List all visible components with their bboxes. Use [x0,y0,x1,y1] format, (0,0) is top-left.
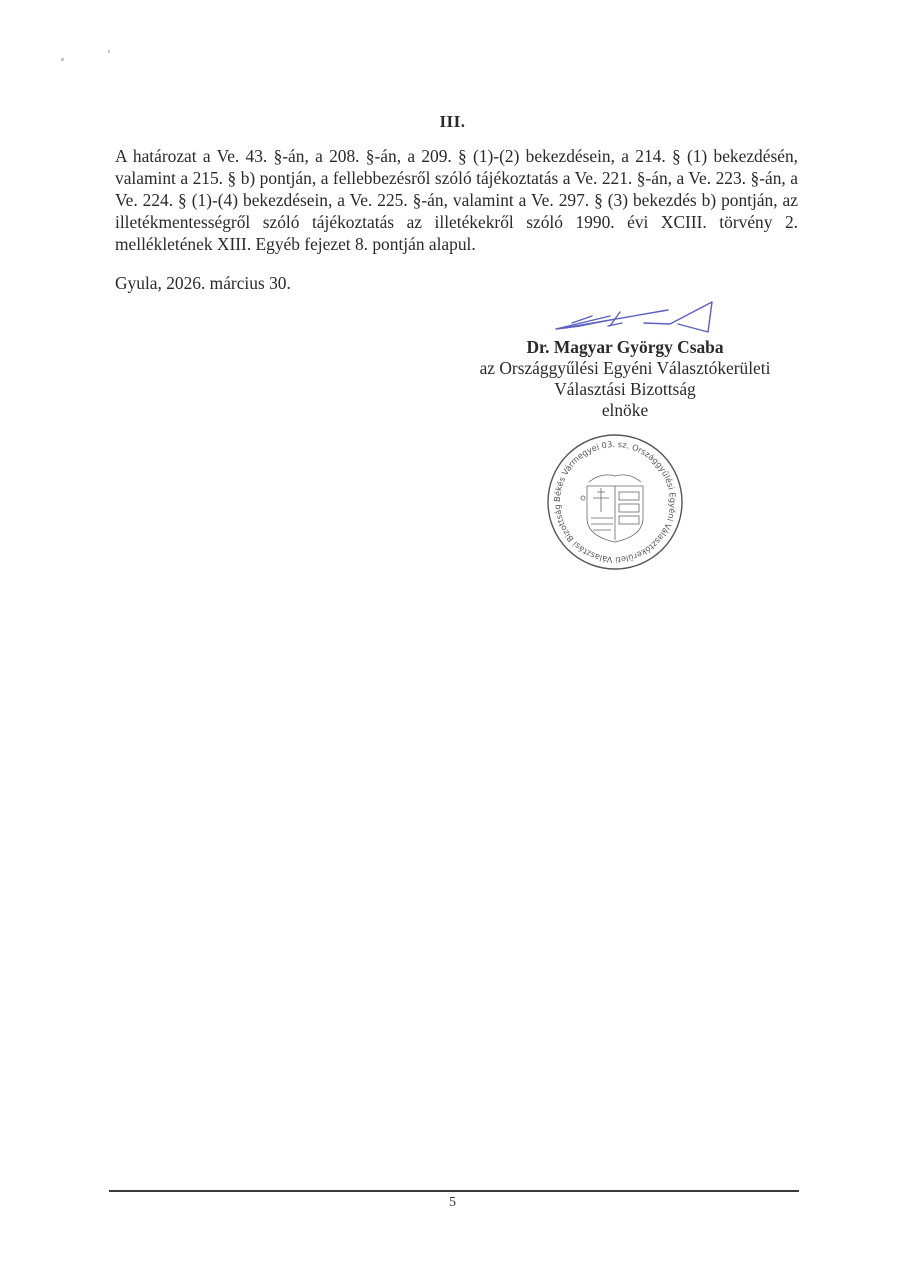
handwritten-signature [550,296,730,340]
signatory-name: Dr. Magyar György Csaba [440,337,810,358]
stamp-text: Békés Vármegyei 03. sz. Országgyűlési Eg… [545,432,678,565]
official-stamp: Békés Vármegyei 03. sz. Országgyűlési Eg… [545,432,685,572]
section-heading: III. [0,112,905,132]
coat-of-arms-icon [581,475,643,542]
legal-basis-paragraph: A határozat a Ve. 43. §-án, a 208. §-án,… [115,145,798,255]
scan-speck [61,58,64,61]
signatory-title-line-1: az Országgyűlési Egyéni Választókerületi [440,358,810,379]
signatory-title-line-2: Választási Bizottság [440,379,810,400]
page-number: 5 [0,1195,905,1211]
scan-speck [108,50,110,53]
date-line: Gyula, 2026. március 30. [115,273,291,294]
footer-divider [109,1190,799,1192]
signature-block: Dr. Magyar György Csaba az Országgyűlési… [440,337,810,421]
signatory-title-line-3: elnöke [440,400,810,421]
